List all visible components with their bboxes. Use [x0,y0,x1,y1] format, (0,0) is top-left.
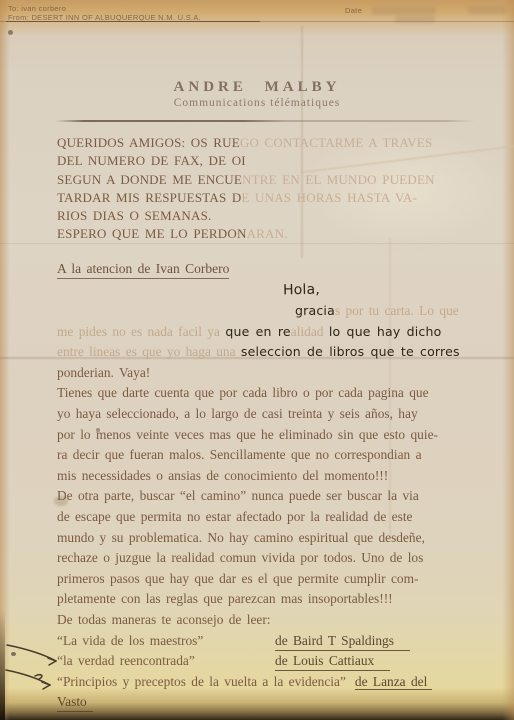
body-line: De otra parte, buscar “el camino” nunca … [57,486,487,507]
text-segment: alidad [291,324,329,339]
body-line: por lo menos veinte veces mas que he eli… [57,425,487,446]
notice-line: SEGUN A DONDE ME ENCUENTRE EN EL MUNDO P… [57,171,487,189]
text-segment: de escape que permita no estar afectado … [57,509,412,524]
scanned-letter-page: To: ivan corbero From: DESERT INN OF ALB… [0,0,514,720]
text-segment: rechaze o juzgue la realidad comun vivid… [57,550,423,565]
body-line: mis necessidades o ansias de conocimient… [57,466,487,487]
fax-to-line: To: ivan corbero [8,4,66,13]
text-segment: TARDAR MIS RESPUESTAS D [57,190,241,205]
text-segment: mis necessidades o ansias de conocimient… [57,468,388,483]
body-line: mundo y su problematica. No hay camino e… [57,528,487,549]
body-line: De todas maneras te aconsejo de leer: [57,610,487,631]
text-segment: lo que hay dicho [329,324,442,339]
text-segment: seleccion de libros que te corres [241,344,460,359]
text-segment: E UNAS HORAS HASTA VA- [241,190,417,205]
text-segment: entre lineas es que yo haga una [57,344,241,359]
text-segment: que en re [225,324,290,339]
notice-line: TARDAR MIS RESPUESTAS DE UNAS HORAS HAST… [57,189,487,207]
text-segment: yo haya seleccionado, a lo largo de casi… [57,406,418,421]
text-segment: s por tu carta. Lo que [335,303,459,318]
salutation-handwritten: Hola, [283,282,320,299]
text-segment: gracia [295,303,335,318]
body-line: me pides no es nada facil ya que en real… [57,322,487,343]
body-line: Tienes que darte cuenta que por cada lib… [57,383,487,404]
book-row: Vasto [57,692,487,713]
body-line: rechaze o juzgue la realidad comun vivid… [57,548,487,569]
body-lines: gracias por tu carta. Lo queme pides no … [57,301,487,631]
book-title: “La vida de los maestros” [57,631,275,652]
text-segment: por lo menos veinte veces mas que he eli… [57,427,438,442]
notice-line: DEL NUMERO DE FAX, DE OI [57,152,487,170]
body-line: entre lineas es que yo haga una seleccio… [57,342,487,363]
text-segment: ponderian. Vaya! [57,365,150,380]
hand-arrow-icon [7,645,56,665]
text-segment: ESPERO QUE ME LO PERDON [57,226,247,241]
letterhead-name: ANDRE MALBY [0,79,514,96]
book-row: “la verdad reencontrada”de Louis Cattiau… [57,651,487,672]
text-segment: ra decir que fueran malos. Sencillamente… [57,447,422,462]
attention-line: A la atencion de Ivan Corbero [57,261,229,279]
book-row: “La vida de los maestros”de Baird T Spal… [57,631,487,652]
letterhead-subtitle: Communications télématiques [0,97,514,109]
body-line: primeros pasos que hay que dar es el que… [57,569,487,590]
notice-line: QUERIDOS AMIGOS: OS RUEGO CONTACTARME A … [57,134,487,152]
text-segment: NTRE EN EL MUNDO PUEDEN [242,172,435,187]
text-segment: RIOS DIAS O SEMANAS. [57,208,211,223]
book-list: “La vida de los maestros”de Baird T Spal… [57,631,487,713]
fax-page-smudge [468,6,506,14]
body-line: de escape que permita no estar afectado … [57,507,487,528]
text-segment: primeros pasos que hay que dar es el que… [57,571,419,586]
book-row: “Principios y preceptos de la vuelta a l… [57,672,487,693]
ink-stain [8,30,13,35]
fax-header-rule-dark [6,21,260,22]
text-segment: De todas maneras te aconsejo de leer: [57,612,271,627]
notice-line: ESPERO QUE ME LO PERDONARAN. [57,225,487,243]
book-author: de Baird T Spaldings [275,631,410,651]
body-line: gracias por tu carta. Lo que [57,301,487,322]
book-title: “la verdad reencontrada” [57,651,275,672]
text-segment: SEGUN A DONDE ME ENCUE [57,172,242,187]
fax-date-smudge [372,7,436,15]
letterhead-rule [55,120,475,122]
notice-paragraph: QUERIDOS AMIGOS: OS RUEGO CONTACTARME A … [57,134,487,244]
text-segment: mundo y su problematica. No hay camino e… [57,530,425,545]
book-title: “Principios y preceptos de la vuelta a l… [57,672,355,693]
body-line: ponderian. Vaya! [57,363,487,384]
text-segment: Tienes que darte cuenta que por cada lib… [57,385,429,400]
letter-body: gracias por tu carta. Lo queme pides no … [57,301,487,713]
body-line: pletamente con las reglas que parezcan m… [57,589,487,610]
hand-arrow-icon [6,670,50,689]
body-line: ra decir que fueran malos. Sencillamente… [57,445,487,466]
hand-arrow-icons [5,640,67,706]
text-segment: me pides no es nada facil ya [57,324,225,339]
text-segment: ARAN. [247,226,288,241]
book-author: de Louis Cattiaux [275,651,390,671]
text-segment: De otra parte, buscar “el camino” nunca … [57,488,419,503]
text-segment: QUERIDOS AMIGOS: OS RUE [57,135,240,150]
book-author: de Lanza del [355,674,432,690]
text-segment: DEL NUMERO DE FAX, DE OI [57,153,246,168]
body-line: yo haya seleccionado, a lo largo de casi… [57,404,487,425]
text-segment: GO CONTACTARME A TRAVES [240,135,433,150]
text-segment: pletamente con las reglas que parezcan m… [57,591,393,606]
fax-date-label: Date [345,6,362,15]
notice-line: RIOS DIAS O SEMANAS. [57,207,487,225]
